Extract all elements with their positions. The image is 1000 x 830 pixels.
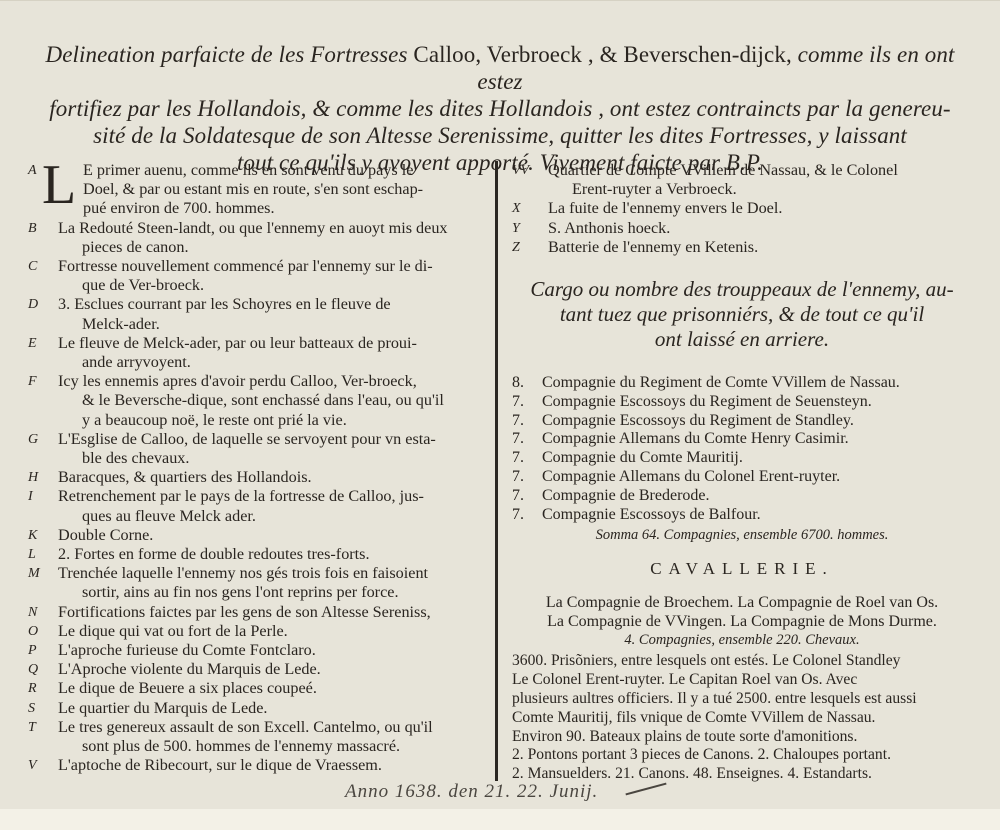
legend-text: Baracques, & quartiers des Hollandois.	[58, 468, 486, 487]
legend-letter: C	[28, 257, 54, 276]
company-count: 8.	[512, 374, 536, 393]
column-divider	[495, 161, 498, 781]
legend-text: Retrenchement par le pays de la fortress…	[58, 487, 486, 525]
legend-text-line: Trenchée laquelle l'ennemy nos gés trois…	[58, 564, 486, 583]
legend-entry-k: KDouble Corne.	[28, 526, 486, 545]
legend-letter: Y	[512, 219, 538, 238]
legend-text: L'Aproche violente du Marquis de Lede.	[58, 660, 486, 679]
legend-text: Trenchée laquelle l'ennemy nos gés trois…	[58, 564, 486, 602]
infantry-sum: Somma 64. Compagnies, ensemble 6700. hom…	[512, 525, 972, 545]
prisoners-line: Comte Mauritij, fils vnique de Comte VVi…	[512, 709, 972, 728]
legend-letter: T	[28, 718, 54, 737]
legend-entry-y: YS. Anthonis hoeck.	[512, 219, 972, 238]
legend-text-line: Icy les ennemis apres d'avoir perdu Call…	[58, 372, 486, 391]
legend-text-line: Batterie de l'ennemy en Ketenis.	[548, 238, 972, 257]
title-line-1: Delineation parfaicte de les Fortresses …	[20, 41, 980, 95]
company-row: 7.Compagnie du Comte Mauritij.	[512, 449, 972, 468]
company-count: 7.	[512, 412, 536, 431]
prisoners-line: 3600. Prisõniers, entre lesquels ont est…	[512, 652, 972, 671]
document-title: Delineation parfaicte de les Fortresses …	[20, 41, 980, 176]
drop-cap: L	[42, 159, 76, 211]
legend-letter: G	[28, 430, 54, 449]
legend-text-line: E primer auenu, comme ils en sont venu d…	[83, 161, 486, 180]
legend-entry-a: ALE primer auenu, comme ils en sont venu…	[28, 161, 486, 219]
legend-text-line: sont plus de 500. hommes de l'ennemy mas…	[58, 737, 486, 756]
legend-text-line: S. Anthonis hoeck.	[548, 219, 972, 238]
legend-entry-g: GL'Esglise de Calloo, de laquelle se ser…	[28, 430, 486, 468]
legend-entry-c: CFortresse nouvellement commencé par l'e…	[28, 257, 486, 295]
legend-entry-vv: VVQuartier de Compte VVillem de Nassau, …	[512, 161, 972, 199]
legend-text: Double Corne.	[58, 526, 486, 545]
legend-text-line: L'aptoche de Ribecourt, sur le dique de …	[58, 756, 486, 775]
legend-text: L'Esglise de Calloo, de laquelle se serv…	[58, 430, 486, 468]
legend-text: Le dique de Beuere a six places coupeé.	[58, 679, 486, 698]
legend-text: Le dique qui vat ou fort de la Perle.	[58, 622, 486, 641]
legend-text: 2. Fortes en forme de double redoutes tr…	[58, 545, 486, 564]
legend-text-line: L'aproche furieuse du Comte Fontclaro.	[58, 641, 486, 660]
legend-letter: S	[28, 699, 54, 718]
legend-letter: VV	[512, 161, 538, 180]
legend-text-line: Retrenchement par le pays de la fortress…	[58, 487, 486, 506]
legend-letter: R	[28, 679, 54, 698]
legend-text: Batterie de l'ennemy en Ketenis.	[548, 238, 972, 257]
legend-text-line: Le tres genereux assault de son Excell. …	[58, 718, 486, 737]
legend-entry-i: IRetrenchement par le pays de la fortres…	[28, 487, 486, 525]
cavallerie-line-1: La Compagnie de Broechem. La Compagnie d…	[512, 593, 972, 612]
prisoners-line: Environ 90. Bateaux plains de toute sort…	[512, 728, 972, 747]
legend-letter: Z	[512, 238, 538, 257]
cargo-title-line-3: ont laissé en arriere.	[512, 327, 972, 352]
legend-text-line: ques au fleuve Melck ader.	[58, 507, 486, 526]
legend-entry-o: OLe dique qui vat ou fort de la Perle.	[28, 622, 486, 641]
company-count: 7.	[512, 449, 536, 468]
handwritten-date-note: Anno 1638. den 21. 22. Junij.	[345, 781, 598, 803]
legend-letter: O	[28, 622, 54, 641]
legend-letter: V	[28, 756, 54, 775]
legend-text-line: Baracques, & quartiers des Hollandois.	[58, 468, 486, 487]
legend-entry-r: RLe dique de Beuere a six places coupeé.	[28, 679, 486, 698]
cargo-title-line-2: tant tuez que prisonniérs, & de tout ce …	[512, 302, 972, 327]
legend-text-line: sortir, ains au fin nos gens l'ont repri…	[58, 583, 486, 602]
printed-sheet: Delineation parfaicte de les Fortresses …	[0, 0, 1000, 809]
legend-entry-m: MTrenchée laquelle l'ennemy nos gés troi…	[28, 564, 486, 602]
legend-letter: N	[28, 603, 54, 622]
company-count: 7.	[512, 393, 536, 412]
legend-text-line: Fortifications faictes par les gens de s…	[58, 603, 486, 622]
company-name: Compagnie Escossoys du Regiment de Seuen…	[542, 393, 872, 410]
legend-text: Quartier de Compte VVillem de Nassau, & …	[548, 161, 972, 199]
company-list: 8.Compagnie du Regiment de Comte VVillem…	[512, 374, 972, 524]
prisoners-paragraph: 3600. Prisõniers, entre lesquels ont est…	[512, 652, 972, 784]
legend-letter: E	[28, 334, 54, 353]
title-line-1a: Delineation parfaicte de les Fortresses	[46, 42, 408, 67]
legend-entry-z: ZBatterie de l'ennemy en Ketenis.	[512, 238, 972, 257]
company-count: 7.	[512, 506, 536, 525]
company-row: 8.Compagnie du Regiment de Comte VVillem…	[512, 374, 972, 393]
legend-text-line: pué environ de 700. hommes.	[83, 199, 486, 218]
legend-text-line: & le Beversche-dique, sont enchassé dans…	[58, 391, 486, 410]
prisoners-line: 2. Pontons portant 3 pieces de Canons. 2…	[512, 746, 972, 765]
legend-left-column: ALE primer auenu, comme ils en sont venu…	[28, 161, 486, 776]
legend-text-line: Double Corne.	[58, 526, 486, 545]
legend-text: Le tres genereux assault de son Excell. …	[58, 718, 486, 756]
legend-text: E primer auenu, comme ils en sont venu d…	[83, 161, 486, 219]
legend-letter: P	[28, 641, 54, 660]
legend-text-line: La Redouté Steen-landt, ou que l'ennemy …	[58, 219, 486, 238]
legend-letter: D	[28, 295, 54, 314]
legend-entry-s: SLe quartier du Marquis de Lede.	[28, 699, 486, 718]
legend-letter: I	[28, 487, 54, 506]
prisoners-line: plusieurs aultres officiers. Il y a tué …	[512, 690, 972, 709]
legend-text-line: L'Esglise de Calloo, de laquelle se serv…	[58, 430, 486, 449]
legend-entry-b: BLa Redouté Steen-landt, ou que l'ennemy…	[28, 219, 486, 257]
legend-text-line: que de Ver-broeck.	[58, 276, 486, 295]
cavallerie-line-2: La Compagnie de VVingen. La Compagnie de…	[512, 612, 972, 631]
company-count: 7.	[512, 487, 536, 506]
company-name: Compagnie du Regiment de Comte VVillem d…	[542, 374, 900, 391]
legend-text: La fuite de l'ennemy envers le Doel.	[548, 199, 972, 218]
legend-entry-p: PL'aproche furieuse du Comte Fontclaro.	[28, 641, 486, 660]
legend-text-line: 3. Esclues courrant par les Schoyres en …	[58, 295, 486, 314]
legend-entry-e: ELe fleuve de Melck-ader, par ou leur ba…	[28, 334, 486, 372]
legend-text: S. Anthonis hoeck.	[548, 219, 972, 238]
legend-entry-v: VL'aptoche de Ribecourt, sur le dique de…	[28, 756, 486, 775]
legend-text-line: Melck-ader.	[58, 315, 486, 334]
cavallerie-heading: CAVALLERIE.	[512, 559, 972, 579]
company-row: 7.Compagnie Allemans du Colonel Erent-ru…	[512, 468, 972, 487]
company-name: Compagnie Escossoys de Balfour.	[542, 506, 761, 523]
legend-text-line: ande arryvoyent.	[58, 353, 486, 372]
title-line-1b: Calloo, Verbroeck , & Beverschen-dijck,	[413, 42, 791, 67]
title-line-3: sité de la Soldatesque de son Altesse Se…	[20, 122, 980, 149]
legend-letter: Q	[28, 660, 54, 679]
legend-letter: K	[28, 526, 54, 545]
company-row: 7.Compagnie Allemans du Comte Henry Casi…	[512, 430, 972, 449]
legend-letter: F	[28, 372, 54, 391]
legend-text-line: 2. Fortes en forme de double redoutes tr…	[58, 545, 486, 564]
title-line-2: fortifiez par les Hollandois, & comme le…	[20, 95, 980, 122]
company-name: Compagnie Allemans du Colonel Erent-ruyt…	[542, 468, 840, 485]
legend-entry-t: TLe tres genereux assault de son Excell.…	[28, 718, 486, 756]
legend-text-line: y a beaucoup noë, le reste ont prié la v…	[58, 411, 486, 430]
legend-text-line: Le quartier du Marquis de Lede.	[58, 699, 486, 718]
company-row: 7.Compagnie Escossoys du Regiment de Sta…	[512, 412, 972, 431]
company-count: 7.	[512, 430, 536, 449]
legend-right-column: VVQuartier de Compte VVillem de Nassau, …	[512, 161, 972, 784]
legend-text: L'aptoche de Ribecourt, sur le dique de …	[58, 756, 486, 775]
company-row: 7.Compagnie Escossoys du Regiment de Seu…	[512, 393, 972, 412]
legend-letter: M	[28, 564, 54, 583]
legend-text: L'aproche furieuse du Comte Fontclaro.	[58, 641, 486, 660]
company-name: Compagnie Escossoys du Regiment de Stand…	[542, 412, 854, 429]
legend-text-line: Quartier de Compte VVillem de Nassau, & …	[548, 161, 972, 180]
legend-entry-q: QL'Aproche violente du Marquis de Lede.	[28, 660, 486, 679]
legend-letter: X	[512, 199, 538, 218]
legend-text-line: La fuite de l'ennemy envers le Doel.	[548, 199, 972, 218]
legend-text-line: L'Aproche violente du Marquis de Lede.	[58, 660, 486, 679]
company-row: 7.Compagnie de Brederode.	[512, 487, 972, 506]
legend-entry-x: XLa fuite de l'ennemy envers le Doel.	[512, 199, 972, 218]
legend-entry-d: D3. Esclues courrant par les Schoyres en…	[28, 295, 486, 333]
legend-text-line: Doel, & par ou estant mis en route, s'en…	[83, 180, 486, 199]
legend-text-line: pieces de canon.	[58, 238, 486, 257]
company-row: 7.Compagnie Escossoys de Balfour.	[512, 506, 972, 525]
legend-text: La Redouté Steen-landt, ou que l'ennemy …	[58, 219, 486, 257]
cargo-title: Cargo ou nombre des trouppeaux de l'enne…	[512, 277, 972, 352]
company-name: Compagnie de Brederode.	[542, 487, 710, 504]
legend-text: Le fleuve de Melck-ader, par ou leur bat…	[58, 334, 486, 372]
legend-text-line: ble des chevaux.	[58, 449, 486, 468]
legend-text: Fortresse nouvellement commencé par l'en…	[58, 257, 486, 295]
legend-entry-h: HBaracques, & quartiers des Hollandois.	[28, 468, 486, 487]
legend-entry-l: L2. Fortes en forme de double redoutes t…	[28, 545, 486, 564]
legend-text-line: Fortresse nouvellement commencé par l'en…	[58, 257, 486, 276]
legend-text-line: Le dique qui vat ou fort de la Perle.	[58, 622, 486, 641]
legend-text-line: Le dique de Beuere a six places coupeé.	[58, 679, 486, 698]
cargo-title-line-1: Cargo ou nombre des trouppeaux de l'enne…	[512, 277, 972, 302]
legend-text-line: Erent-ruyter a Verbroeck.	[548, 180, 972, 199]
legend-text-line: Le fleuve de Melck-ader, par ou leur bat…	[58, 334, 486, 353]
handwritten-flourish	[625, 783, 666, 796]
company-name: Compagnie du Comte Mauritij.	[542, 449, 743, 466]
legend-entry-f: FIcy les ennemis apres d'avoir perdu Cal…	[28, 372, 486, 430]
legend-text: Le quartier du Marquis de Lede.	[58, 699, 486, 718]
legend-text: Fortifications faictes par les gens de s…	[58, 603, 486, 622]
legend-right-entries: VVQuartier de Compte VVillem de Nassau, …	[512, 161, 972, 257]
legend-letter: B	[28, 219, 54, 238]
legend-entry-n: NFortifications faictes par les gens de …	[28, 603, 486, 622]
company-name: Compagnie Allemans du Comte Henry Casimi…	[542, 430, 849, 447]
legend-text: Icy les ennemis apres d'avoir perdu Call…	[58, 372, 486, 430]
company-count: 7.	[512, 468, 536, 487]
prisoners-line: Le Colonel Erent-ruyter. Le Capitan Roel…	[512, 671, 972, 690]
legend-letter: L	[28, 545, 54, 564]
legend-text: 3. Esclues courrant par les Schoyres en …	[58, 295, 486, 333]
legend-letter: H	[28, 468, 54, 487]
cavallerie-sum: 4. Compagnies, ensemble 220. Chevaux.	[512, 631, 972, 650]
